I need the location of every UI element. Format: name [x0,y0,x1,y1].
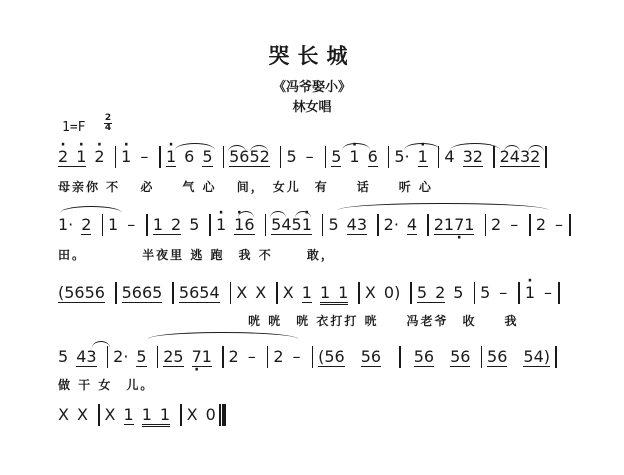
note: 5 [173,347,183,366]
note: 2 [536,215,546,234]
percussion-x: X [77,405,88,424]
barline [529,214,531,236]
note: 2 [163,347,173,366]
note: 2 [81,215,91,235]
note: 5 [286,147,296,166]
note: 1 [338,283,348,302]
barline [223,146,225,168]
barline [209,214,211,236]
note: 1 [216,215,226,234]
barline [98,404,100,426]
note: 3 [86,347,96,366]
barline [377,214,379,236]
barline [555,346,557,368]
percussion-x: X [236,283,247,302]
final-barline-thick [222,404,226,426]
slur [228,145,246,152]
barline [399,346,401,368]
dash: – [139,147,149,166]
note: 6 [74,283,84,302]
song-title: 哭长城 [0,40,624,70]
percussion-x: X [58,405,69,424]
note: 1 [108,215,118,234]
note: 4) [534,347,550,366]
note: 5 [361,347,371,366]
note: 1 [121,147,131,166]
notation-line-5: XX X111 X0 [58,404,226,426]
note: 2 [273,347,283,366]
time-signature-bottom: 4 [105,123,111,133]
note: 5 [189,215,199,234]
note: 5 [85,283,95,302]
note: 4 [209,283,219,302]
note: 5 [328,215,338,234]
barline [102,214,104,236]
barline [267,346,269,368]
slur [450,143,500,150]
slur [250,145,268,152]
note: 4 [76,347,86,366]
dash: – [292,347,302,366]
percussion-x: X [187,405,198,424]
note: 1 [124,405,134,425]
slur [238,211,254,218]
barline [159,146,161,168]
barline [312,346,314,368]
note: 5 [487,347,497,366]
time-signature: 2 4 [104,114,112,133]
percussion-x: X [255,283,266,302]
barline [358,282,360,304]
note: 5 [199,283,209,302]
note: 1 [160,405,170,424]
slur [404,143,440,150]
barline [115,146,117,168]
note: 1 [302,283,312,303]
final-barline [219,404,221,426]
note: 5 [453,283,463,302]
note: 1· [58,215,73,234]
barline [265,214,267,236]
note: 2· [113,347,128,366]
barline [322,214,324,236]
barline [427,214,429,236]
rest: 0) [384,283,400,302]
note: 6 [142,283,152,302]
note: 4 [347,215,357,234]
singer-credit: 林女唱 [0,96,624,115]
lyrics-line-4: 做 干 女 儿。 [58,376,154,393]
slur [338,203,548,210]
note: 6 [497,347,507,366]
notation-line-4: 543 2·5 2571 2– 2– (5656 5656 5654) [58,346,562,368]
barline [222,346,224,368]
note: 1 [153,215,163,234]
barline [280,146,282,168]
notation-line-2: 1·2 1– 125 116 5451 543 2·4 2171 2– 2– [58,214,576,236]
note: 6 [132,283,142,302]
note: 6 [189,283,199,302]
note: 5 [523,347,533,366]
barline [518,282,520,304]
note: 1 [202,347,212,366]
note: 2 [94,147,104,166]
note: 2 [435,283,445,302]
note: 6 [424,347,434,366]
note: 1 [464,215,474,234]
barline [545,146,547,168]
note: 5 [136,347,146,367]
note: 5 [450,347,460,366]
barline [474,282,476,304]
note: 5 [331,147,341,167]
note: 1 [142,405,152,424]
song-subtitle: 《冯爷娶小》 [0,76,624,95]
note: 3 [357,215,367,234]
lyrics-line-3: 咣 咣 咣 衣打打 咣 冯老爷 收 我 [248,312,519,329]
rest: 0 [206,405,216,424]
barline [325,146,327,168]
barline [569,214,571,236]
note: 5 [152,283,162,302]
note: 2 [58,147,68,166]
note: 6 [371,347,381,366]
note: 6 [95,283,105,302]
time-signature-top: 2 [105,113,111,123]
slur [175,143,215,150]
dash: – [509,215,519,234]
barline [410,282,412,304]
barline [172,282,174,304]
note: 5 [58,347,68,366]
barline [146,214,148,236]
slur [148,332,298,339]
note: (5 [318,347,334,366]
note: 7 [192,347,202,366]
barline [388,146,390,168]
dash: – [126,215,136,234]
slur [504,145,520,152]
lyrics-line-2: 田。 半夜里 逃 跑 我 不 敢， [58,246,335,263]
note: 1 [76,147,86,166]
note: (5 [58,283,74,302]
barline [115,282,117,304]
note: 2 [171,215,181,234]
dash: – [543,283,553,302]
slur [60,206,122,213]
slur [528,145,544,152]
slur [342,143,370,150]
note: 2· [384,215,399,234]
barline [276,282,278,304]
key-signature: 1=F [62,120,85,135]
barline [558,282,560,304]
note: 4 [407,215,417,235]
dash: – [554,215,564,234]
barline [180,404,182,426]
note: 5 [122,283,132,302]
slur [92,341,110,348]
note: 2 [491,215,501,234]
note: 5 [480,283,490,302]
lyrics-line-1: 母亲你 不 必 气 心 间， 女儿 有 话 听 心 [58,178,433,195]
note: 1 [525,283,535,302]
barline [157,346,159,368]
note: 2 [229,347,239,366]
percussion-x: X [105,405,116,424]
note: 7 [454,215,464,234]
barline [481,346,483,368]
note: 5 [417,283,427,302]
barline [230,282,232,304]
note: 5 [179,283,189,302]
note: 6 [335,347,345,366]
slur [295,211,311,218]
percussion-x: X [283,283,294,302]
slur [270,211,286,218]
barline [485,214,487,236]
barline [107,346,109,368]
dash: – [247,347,257,366]
notation-line-3: (5656 5665 5654 XX X111 X0) 525 5– 1– [58,282,565,304]
percussion-x: X [365,283,376,302]
note: 5 [414,347,424,366]
dash: – [305,147,315,166]
note: 2 [434,215,444,234]
note: 1 [320,283,330,302]
dash: – [498,283,508,302]
note: 6 [460,347,470,366]
note: 1 [444,215,454,234]
